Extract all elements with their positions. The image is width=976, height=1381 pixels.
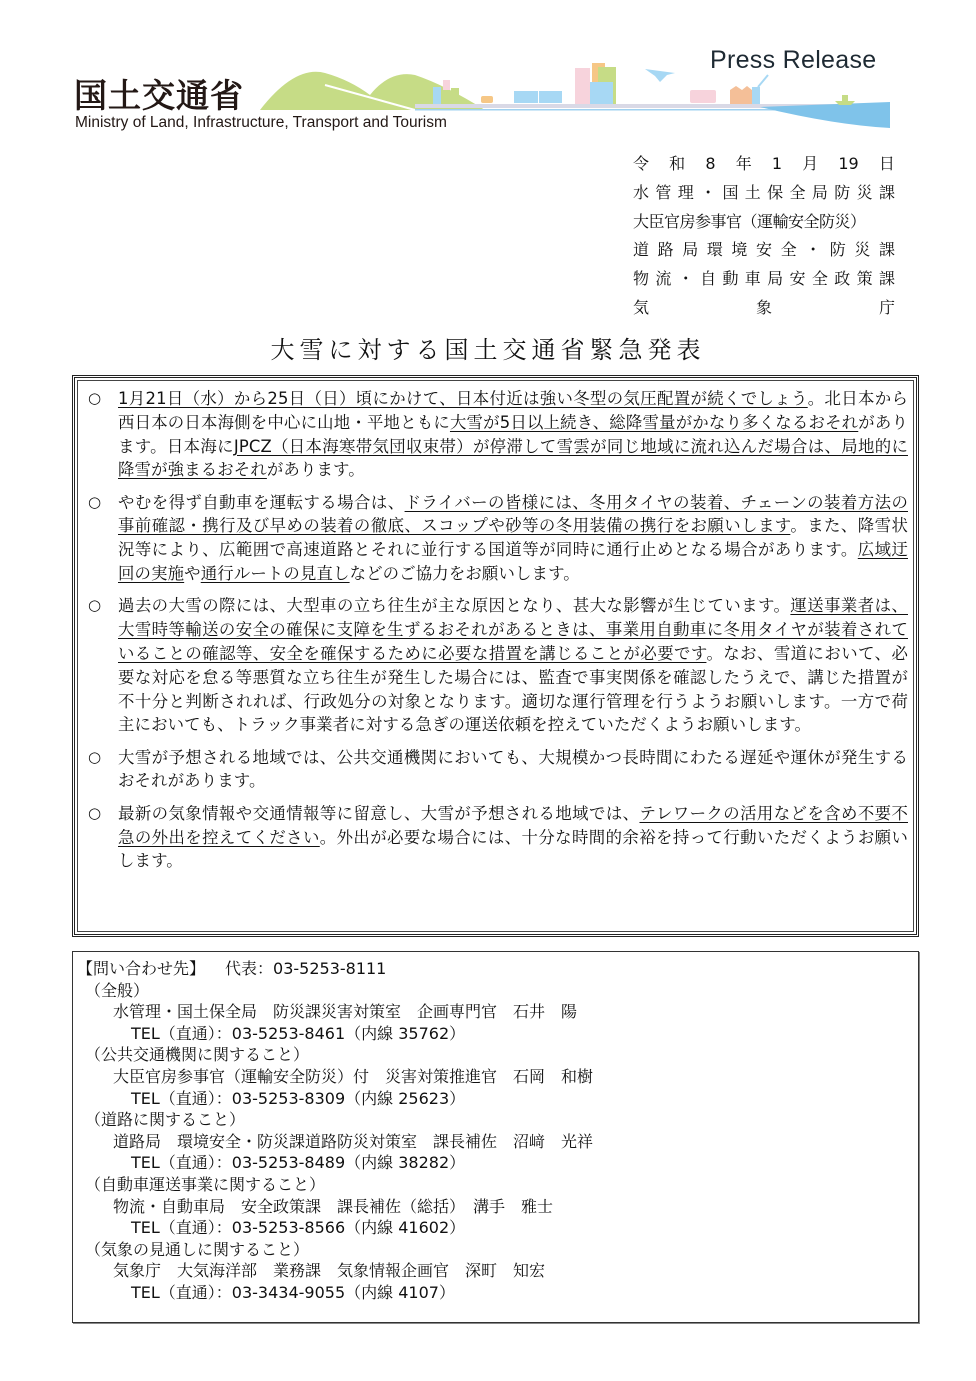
emphasized-text: JPCZ（日本海寒帯気団収束帯）が停滞して雪雲が同じ地域に流れ込んだ場合は、局地… <box>118 437 908 480</box>
contact-category: （全般） <box>77 980 593 1002</box>
emphasized-text: 1月21日（水）から25日（日）頃にかけて、日本付近は強い冬型の気圧配置が続くで… <box>118 389 808 408</box>
body-text: や <box>184 564 201 583</box>
issuer-jma: 気象庁 <box>633 294 895 323</box>
contact-org: 大臣官房参事官（運輸安全防災）付 災害対策推進官 石岡 和樹 <box>77 1066 593 1088</box>
contact-org: 物流・自動車局 安全政策課 課長補佐（総括） 溝手 雅士 <box>77 1196 593 1218</box>
factory-icon <box>730 86 752 104</box>
bullet-circle-icon: ○ <box>88 594 118 737</box>
bullet-text: 最新の気象情報や交通情報等に留意し、大雪が予想される地域では、テレワークの活用な… <box>118 802 908 873</box>
main-phone: 代表：03-5253-8111 <box>225 959 386 978</box>
contact-tel: TEL（直通）：03-5253-8566（内線 41602） <box>77 1217 593 1239</box>
issuer-water-management: 水管理・国土保全局防災課 <box>633 179 895 208</box>
bullet-circle-icon: ○ <box>88 491 118 586</box>
contact-tel: TEL（直通）：03-5253-8461（内線 35762） <box>77 1023 593 1045</box>
truck-icon <box>690 90 716 103</box>
body-text: 最新の気象情報や交通情報等に留意し、大雪が予想される地域では、 <box>118 804 639 823</box>
body-text: があります。 <box>267 460 365 479</box>
announcement-bullet: ○大雪が予想される地域では、公共交通機関においても、大規模かつ長時間にわたる遅延… <box>88 746 908 794</box>
contact-box: 【問い合わせ先】代表：03-5253-8111 （全般）水管理・国土保全局 防災… <box>72 951 919 1323</box>
contact-sections: （全般）水管理・国土保全局 防災課災害対策室 企画専門官 石井 陽TEL（直通）… <box>77 980 593 1304</box>
document-title: 大雪に対する国土交通省緊急発表 <box>0 330 976 365</box>
house-icon <box>433 87 441 104</box>
airplane-icon <box>645 69 675 82</box>
contact-category: （道路に関すること） <box>77 1109 593 1131</box>
contact-org: 水管理・国土保全局 防災課災害対策室 企画専門官 石井 陽 <box>77 1001 593 1023</box>
announcement-bullet: ○やむを得ず自動車を運転する場合は、ドライバーの皆様には、冬用タイヤの装着、チェ… <box>88 491 908 586</box>
issuer-transport-safety: 大臣官房参事官（運輸安全防災） <box>633 208 895 237</box>
announcement-bullet: ○1月21日（水）から25日（日）頃にかけて、日本付近は強い冬型の気圧配置が続く… <box>88 387 908 482</box>
issue-date: 令 和 8 年 1 月 19 日 <box>633 150 895 179</box>
contact-org: 気象庁 大気海洋部 業務課 気象情報企画官 深町 知宏 <box>77 1260 593 1282</box>
contact-category: （気象の見通しに関すること） <box>77 1239 593 1261</box>
bullet-text: 1月21日（水）から25日（日）頃にかけて、日本付近は強い冬型の気圧配置が続くで… <box>118 387 908 482</box>
announcement-bullet: ○過去の大雪の際には、大型車の立ち往生が主な原因となり、甚大な影響が生じています… <box>88 594 908 737</box>
bullet-circle-icon: ○ <box>88 746 118 794</box>
issuer-logistics-bureau: 物流・自動車局安全政策課 <box>633 265 895 294</box>
bullet-text: 大雪が予想される地域では、公共交通機関においても、大規模かつ長時間にわたる遅延や… <box>118 746 908 794</box>
body-text: などのご協力をお願いします。 <box>350 564 580 583</box>
contact-heading: 【問い合わせ先】 <box>77 959 205 978</box>
contact-tel: TEL（直通）：03-5253-8309（内線 25623） <box>77 1088 593 1110</box>
ministry-logo-ja: 国土交通省 <box>74 70 244 117</box>
bullet-text: 過去の大雪の際には、大型車の立ち往生が主な原因となり、甚大な影響が生じています。… <box>118 594 908 737</box>
contact-category: （公共交通機関に関すること） <box>77 1044 593 1066</box>
body-text: 大雪が予想される地域では、公共交通機関においても、大規模かつ長時間にわたる遅延や… <box>118 748 908 791</box>
emphasized-text: 通行ルートの見直し <box>201 564 350 583</box>
body-text: やむを得ず自動車を運転する場合は、 <box>118 493 405 512</box>
building-icon <box>575 68 590 104</box>
contact-heading-line: 【問い合わせ先】代表：03-5253-8111 <box>77 958 593 980</box>
announcement-bullet: ○最新の気象情報や交通情報等に留意し、大雪が予想される地域では、テレワークの活用… <box>88 802 908 873</box>
contact-tel: TEL（直通）：03-3434-9055（内線 4107） <box>77 1282 593 1304</box>
ship-icon <box>835 95 855 105</box>
issuer-road-bureau: 道路局環境安全・防災課 <box>633 236 895 265</box>
issuer-block: 令 和 8 年 1 月 19 日 水管理・国土保全局防災課 大臣官房参事官（運輸… <box>633 150 895 323</box>
announcement-bullets: ○1月21日（水）から25日（日）頃にかけて、日本付近は強い冬型の気圧配置が続く… <box>88 387 908 882</box>
bullet-text: やむを得ず自動車を運転する場合は、ドライバーの皆様には、冬用タイヤの装着、チェー… <box>118 491 908 586</box>
transport-banner-illustration <box>255 55 895 135</box>
contact-tel: TEL（直通）：03-5253-8489（内線 38282） <box>77 1152 593 1174</box>
contact-category: （自動車運送事業に関すること） <box>77 1174 593 1196</box>
bullet-circle-icon: ○ <box>88 802 118 873</box>
contact-content: 【問い合わせ先】代表：03-5253-8111 （全般）水管理・国土保全局 防災… <box>77 958 593 1304</box>
contact-org: 道路局 環境安全・防災課道路防災対策室 課長補佐 沼﨑 光祥 <box>77 1131 593 1153</box>
announcement-box: ○1月21日（水）から25日（日）頃にかけて、日本付近は強い冬型の気圧配置が続く… <box>72 375 919 937</box>
train-icon <box>514 91 538 103</box>
emphasized-text: 大雪が5日以上続き、総降雪量がかなり多くなるおそれ <box>450 413 858 432</box>
car-icon <box>481 96 493 103</box>
bullet-circle-icon: ○ <box>88 387 118 482</box>
body-text: 過去の大雪の際には、大型車の立ち往生が主な原因となり、甚大な影響が生じています。 <box>118 596 790 615</box>
